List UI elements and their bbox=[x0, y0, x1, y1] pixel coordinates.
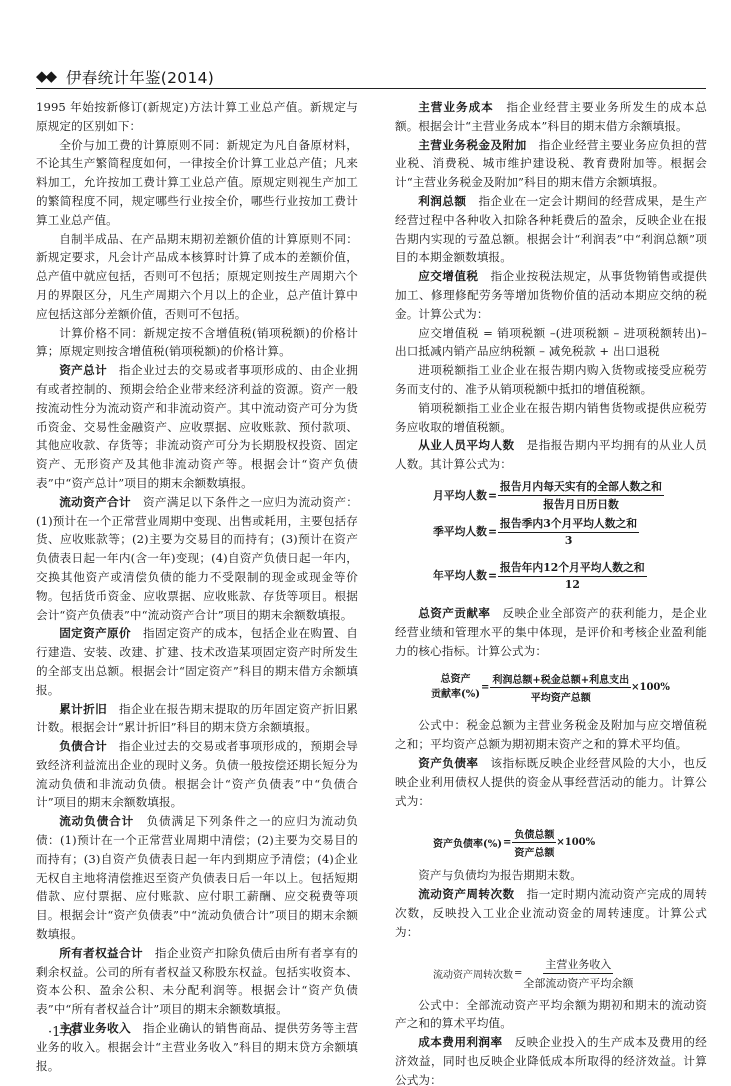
paragraph: 资产与负债均为报告期期末数。 bbox=[395, 866, 707, 885]
term: 固定资产原价 bbox=[59, 626, 131, 640]
term: 资产总计 bbox=[59, 363, 107, 377]
definition-total-assets: 资产总计 指企业过去的交易或者事项形成的、由企业拥有或者控制的、预期会给企业带来… bbox=[36, 361, 358, 493]
paragraph: 公式中：全部流动资产平均余额为期初和期末的流动资产之和的算术平均值。 bbox=[395, 996, 707, 1034]
definition-current-assets: 流动资产合计 资产满足以下条件之一应归为流动资产：(1)预计在一个正常营业周期中… bbox=[36, 493, 358, 625]
definition-main-cost: 主营业务成本 指企业经营主要业务所发生的成本总额。根据会计“主营业务成本”科目的… bbox=[395, 98, 707, 136]
diamond-marker-icon: ◆◆ bbox=[36, 67, 55, 85]
paragraph: 1995 年始按新修订(新规定)方法计算工业总产值。新规定与原规定的区别如下： bbox=[36, 98, 358, 136]
formula-asset-contribution: 总资产贡献率(%)= 利润总额+税金总额+利息支出平均资产总额 ×100% bbox=[395, 664, 707, 710]
definition-owners-equity: 所有者权益合计 指企业资产扣除负债后由所有者享有的剩余权益。公司的所有者权益又称… bbox=[36, 944, 358, 1019]
formula-quarterly-avg: 季平均人数= 报告季内3个月平均人数之和3 bbox=[395, 514, 707, 550]
definition-vat: 应交增值税 指企业按税法规定，从事货物销售或提供加工、修理修配劳务等增加货物价值… bbox=[395, 267, 707, 323]
definition-fixed-assets: 固定资产原价 指固定资产的成本，包括企业在购置、自行建造、安装、改建、扩建、技术… bbox=[36, 624, 358, 699]
term: 负债合计 bbox=[59, 739, 107, 753]
definition-asset-contribution: 总资产贡献率 反映企业全部资产的获利能力，是企业经营业绩和管理水平的集中体现，是… bbox=[395, 604, 707, 660]
term: 流动负债合计 bbox=[59, 814, 134, 828]
definition-turnover: 流动资产周转次数 指一定时期内流动资产完成的周转次数，反映投入工业企业流动资金的… bbox=[395, 885, 707, 941]
paragraph: 销项税额指工业企业在报告期内销售货物或提供应税劳务应收取的增值税额。 bbox=[395, 399, 707, 437]
definition-current-liabilities: 流动负债合计 负债满足下列条件之一的应归为流动负债：(1)预计在一个正常营业周期… bbox=[36, 812, 358, 944]
term: 累计折旧 bbox=[59, 702, 107, 716]
definition-debt-ratio: 资产负债率 该指标既反映企业经营风险的大小，也反映企业利用债权人提供的资金从事经… bbox=[395, 754, 707, 810]
paragraph: 计算价格不同：新规定按不含增值税(销项税额)的价格计算；原规定则按含增值税(销项… bbox=[36, 324, 358, 362]
definition-avg-employees: 从业人员平均人数 是指报告期内平均拥有的从业人员人数。其计算公式为： bbox=[395, 436, 707, 474]
right-column: 主营业务成本 指企业经营主要业务所发生的成本总额。根据会计“主营业务成本”科目的… bbox=[395, 98, 707, 1086]
page-number: ·178· bbox=[48, 1025, 81, 1040]
definition-total-liabilities: 负债合计 指企业过去的交易或者事项形成的，预期会导致经济利益流出企业的现时义务。… bbox=[36, 737, 358, 812]
paragraph: 自制半成品、在产品期末期初差额价值的计算原则不同：新规定要求，凡会计产品成本核算… bbox=[36, 230, 358, 324]
paragraph: 公式中：税金总额为主营业务税金及附加与应交增值税之和；平均资产总额为期初期末资产… bbox=[395, 716, 707, 754]
formula-annual-avg: 年平均人数= 报告年内12个月平均人数之和12 bbox=[395, 556, 707, 596]
term: 流动资产合计 bbox=[59, 495, 131, 509]
definition-cost-profit-rate: 成本费用利润率 反映企业投入的生产成本及费用的经济效益，同时也反映企业降低成本所… bbox=[395, 1033, 707, 1086]
vat-formula: 应交增值税 = 销项税额 –(进项税额 – 进项税额转出)– 出口抵减内销产品应… bbox=[395, 324, 707, 362]
left-column: 1995 年始按新修订(新规定)方法计算工业总产值。新规定与原规定的区别如下： … bbox=[36, 98, 358, 1075]
formula-debt-ratio: 资产负债率(%)= 负债总额资产总额 ×100% bbox=[395, 818, 707, 866]
formula-turnover: 流动资产周转次数= 主营业务收入全部流动资产平均余额 bbox=[395, 952, 707, 996]
running-header: ◆◆ 伊春统计年鉴(2014) bbox=[36, 66, 706, 89]
formula-monthly-avg: 月平均人数= 报告月内每天实有的全部人数之和报告月日历日数 bbox=[395, 478, 707, 514]
definition-main-tax: 主营业务税金及附加 指企业经营主要业务应负担的营业税、消费税、城市维护建设税、教… bbox=[395, 136, 707, 192]
running-header-title: 伊春统计年鉴(2014) bbox=[66, 66, 214, 88]
definition-total-profit: 利润总额 指企业在一定会计期间的经营成果，是生产经营过程中各种收入扣除各种耗费后… bbox=[395, 192, 707, 267]
definition-depreciation: 累计折旧 指企业在报告期末提取的历年固定资产折旧累计数。根据会计“累计折旧”科目… bbox=[36, 700, 358, 738]
paragraph: 进项税额指工业企业在报告期内购入货物或接受应税劳务而支付的、准予从销项税额中抵扣… bbox=[395, 361, 707, 399]
paragraph: 全价与加工费的计算原则不同：新规定为凡自备原材料，不论其生产繁简程度如何，一律按… bbox=[36, 136, 358, 230]
term: 所有者权益合计 bbox=[59, 946, 143, 960]
definition-main-revenue: 主营业务收入 指企业确认的销售商品、提供劳务等主营业务的收入。根据会计“主营业务… bbox=[36, 1019, 358, 1075]
